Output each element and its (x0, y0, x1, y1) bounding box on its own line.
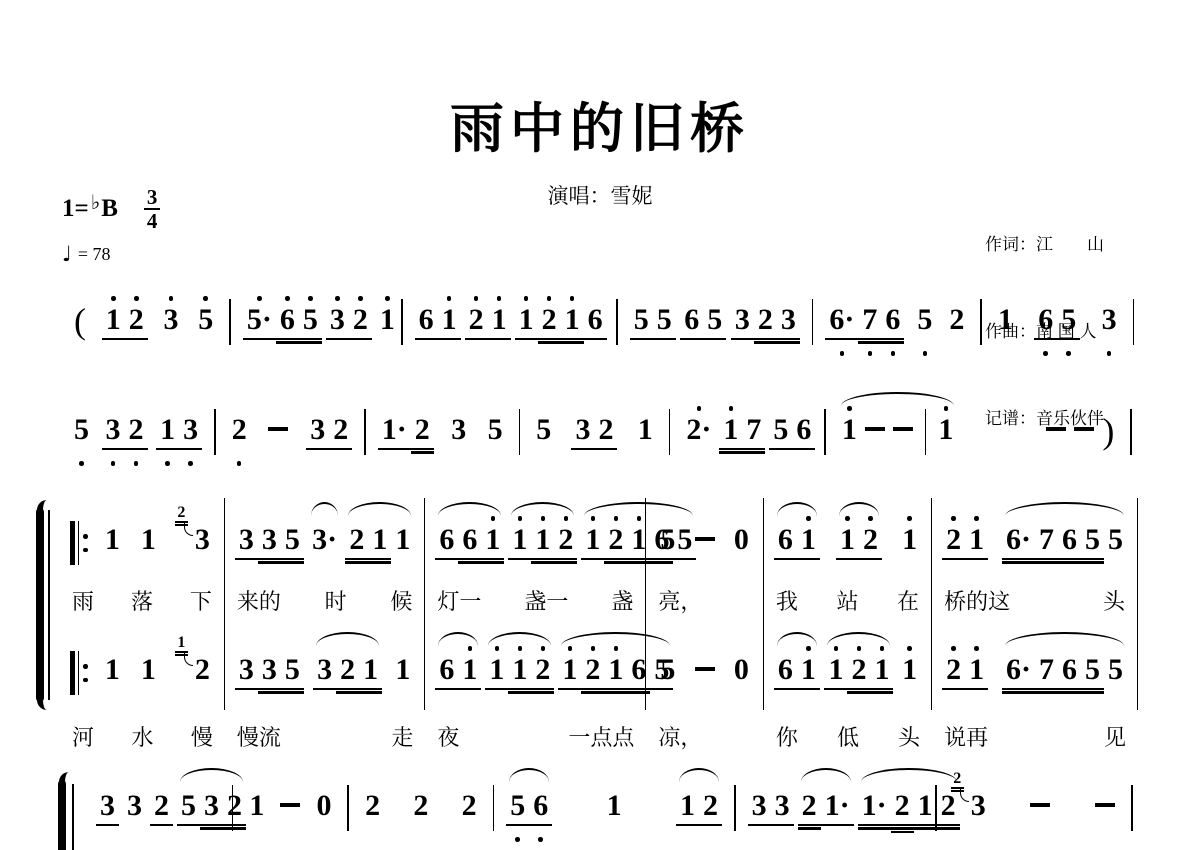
duration-underline (359, 688, 382, 690)
high-octave-dot-slot (604, 510, 627, 523)
duration-underline (676, 824, 699, 826)
high-octave-dot-slot (488, 290, 511, 303)
octave-dot-low (891, 351, 896, 356)
high-octave-dot-slot (861, 400, 889, 413)
duration-underline (435, 558, 458, 560)
octave-dot-high (568, 646, 573, 651)
note-token: 1 (485, 640, 508, 710)
note-token: 5 (703, 290, 726, 360)
note-group: 65 (680, 290, 726, 360)
duration-underline (797, 558, 820, 560)
note-number: 3 (102, 413, 125, 446)
underline-slot (581, 556, 604, 570)
note-number: 3 (258, 653, 281, 686)
note-number: 6 (458, 523, 481, 556)
high-octave-dot-slot (1034, 290, 1057, 303)
high-octave-dot-slot (281, 640, 304, 653)
lyric-syllable: 盏一 (524, 585, 568, 616)
note-group: 5 (484, 400, 507, 470)
underline-slot (847, 686, 870, 700)
low-octave-dot-slot (529, 836, 552, 846)
voice1-measure: 1132 (60, 498, 225, 580)
underline-slot (604, 686, 627, 700)
measure: 3321·1·212 (736, 776, 936, 846)
high-octave-dot-slot (1058, 640, 1081, 653)
high-octave-dot-slot (594, 400, 617, 413)
note-number: 1 (838, 413, 861, 446)
duration-underline (554, 561, 577, 563)
note-group: 32 (571, 400, 617, 470)
note-number: 1 (458, 653, 481, 686)
low-octave-dot-slot (630, 350, 653, 360)
duration-underline (1081, 688, 1104, 690)
underline-slot (1098, 446, 1118, 460)
note-number: 3 (571, 413, 594, 446)
intro-notation-line-1: (12355·653216121121655653236·76521653 (58, 290, 1142, 360)
grace-number: 2 (175, 505, 188, 520)
repeat-dot (83, 664, 88, 669)
note-number: 3 (96, 789, 119, 822)
note-number: 1 (101, 653, 124, 686)
note-token: 1 (581, 510, 604, 580)
measure: 50 (648, 510, 761, 580)
low-octave-dot-slot (730, 570, 753, 580)
high-octave-dot-slot (630, 290, 653, 303)
measure: 61211216 (403, 290, 617, 360)
underline-slot (682, 446, 715, 460)
underline-slot (194, 336, 217, 350)
lyric-syllable: 亮， (658, 585, 702, 616)
high-octave-dot-slot (676, 776, 699, 789)
note-token: 5 (1081, 640, 1104, 710)
voice2-measure: 216·7655 (932, 618, 1138, 710)
high-octave-dot-slot (1026, 776, 1054, 789)
duration-underline (378, 448, 411, 450)
note-group: 1 (137, 640, 160, 710)
note-number: 2 (409, 789, 432, 822)
note-number: 2 (336, 653, 359, 686)
slur-group: 61 (774, 640, 820, 710)
lyric-syllable: 灯一 (437, 585, 481, 616)
underline-slot (508, 556, 531, 570)
duration-underline (571, 448, 594, 450)
lyric-syllable: 时 (325, 585, 347, 616)
note-number: 2 (699, 789, 722, 822)
low-octave-dot-slot (532, 460, 555, 470)
duration-underline (1058, 558, 1081, 560)
underline-slot (898, 686, 921, 700)
note-group: 0 (730, 510, 753, 580)
high-octave-dot-slot (748, 776, 771, 789)
underline-slot (656, 686, 679, 700)
low-octave-dot-slot (125, 460, 148, 470)
note-number: 5 (1081, 523, 1104, 556)
lyrics2-measure: 夜一点点 (425, 710, 646, 754)
note-group: 3 (96, 776, 119, 846)
underline-slot (438, 336, 461, 350)
high-octave-dot-slot (137, 640, 160, 653)
duration-underline (531, 561, 554, 563)
underline-slot (276, 822, 304, 836)
high-octave-dot-slot (584, 290, 607, 303)
note-number: 6 (792, 413, 815, 446)
low-octave-dot-slot (748, 836, 771, 846)
underline-slot (329, 446, 352, 460)
underline-slot (1070, 446, 1098, 460)
underline-slot (345, 556, 368, 570)
duration-underline (825, 338, 858, 340)
duration-underline (594, 448, 617, 450)
duration-underline (719, 448, 742, 450)
note-token: 1· (821, 776, 854, 846)
note-number: 0 (730, 523, 753, 556)
low-octave-dot-slot (411, 460, 434, 470)
low-octave-dot-slot (378, 460, 411, 470)
duration-underline (336, 688, 359, 690)
octave-dot-high (951, 516, 956, 521)
note-token: 2· (682, 400, 715, 470)
lyric-syllable: 水 (131, 721, 153, 752)
low-octave-dot-slot (604, 570, 627, 580)
low-octave-dot-slot (435, 570, 458, 580)
duration-underline (411, 451, 434, 453)
note-group: 61 (415, 290, 461, 360)
lyrics1-measure: 来的时候 (225, 580, 426, 618)
high-octave-dot-slot (1035, 510, 1058, 523)
high-octave-dot-slot (349, 290, 372, 303)
underline-slot (312, 822, 335, 836)
note-token: 3 (1098, 290, 1121, 360)
lyric-syllable: 河 (72, 721, 94, 752)
low-octave-dot-slot (435, 700, 458, 710)
duration-underline (604, 691, 627, 693)
high-octave-dot-slot (435, 640, 458, 653)
note-number: 3 (306, 413, 329, 446)
octave-dot-high (570, 296, 575, 301)
low-octave-dot-slot (485, 700, 508, 710)
underline-slot (276, 336, 299, 350)
note-number: 6 (435, 653, 458, 686)
low-octave-dot-slot (276, 836, 304, 846)
duration-underline (1002, 561, 1035, 563)
low-octave-dot-slot (70, 350, 90, 360)
note-number: 1 (359, 653, 382, 686)
octave-dot-high (857, 646, 862, 651)
underline-slot (150, 822, 173, 836)
note-token: 1 (965, 510, 988, 580)
octave-dot-low (868, 351, 873, 356)
duration-underline (847, 688, 870, 690)
low-octave-dot-slot (243, 350, 276, 360)
duration-underline (777, 338, 800, 340)
octave-dot-high (907, 646, 912, 651)
measure: 50 (648, 640, 761, 710)
high-octave-dot-slot (409, 776, 432, 789)
system-start-barline (48, 510, 50, 700)
high-octave-dot-slot (508, 640, 531, 653)
high-octave-dot-slot (235, 640, 258, 653)
duration-underline (748, 824, 771, 826)
note-token: 7 (742, 400, 765, 470)
underline-slot (627, 556, 650, 570)
duration-underline (200, 827, 223, 829)
duration-underline (481, 561, 504, 563)
dash-extension (1042, 413, 1070, 446)
note-group: 1 (898, 510, 921, 580)
high-octave-dot-slot (1091, 776, 1119, 789)
note-number: 6· (1002, 523, 1035, 556)
duration-underline (847, 691, 870, 693)
note-number: 2· (682, 413, 715, 446)
lyric-syllable: 盏 (611, 585, 633, 616)
octave-dot-low (538, 837, 543, 842)
high-octave-dot-slot (914, 776, 937, 789)
low-octave-dot-slot (191, 700, 214, 710)
high-octave-dot-slot (699, 776, 722, 789)
measure: 2·1756 (670, 400, 824, 470)
voice1-measure: 61121 (764, 498, 932, 580)
high-octave-dot-slot (515, 290, 538, 303)
duration-underline (96, 824, 119, 826)
note-number: 1 (391, 523, 414, 556)
note-number: 1 (156, 413, 179, 446)
duration-underline (458, 561, 481, 563)
low-octave-dot-slot (1104, 700, 1127, 710)
low-octave-dot-slot (458, 570, 481, 580)
low-octave-dot-slot (861, 460, 889, 470)
high-octave-dot-slot (719, 400, 742, 413)
duration-underline (719, 451, 742, 453)
high-octave-dot-slot (160, 290, 183, 303)
octave-dot-high (474, 296, 479, 301)
duration-underline (870, 691, 893, 693)
key-signature-block: 1=♭B 3 4 ♩ = 78 (62, 186, 160, 266)
duration-underline (508, 558, 531, 560)
duration-underline (798, 824, 821, 826)
note-token: 5 (281, 510, 304, 580)
octave-dot-low (1066, 351, 1071, 356)
note-number: 2 (847, 653, 870, 686)
note-token: ) (1098, 400, 1118, 470)
low-octave-dot-slot (484, 460, 507, 470)
duration-underline (742, 451, 765, 453)
note-token: 5 (769, 400, 792, 470)
high-octave-dot-slot (942, 510, 965, 523)
high-octave-dot-slot (859, 510, 882, 523)
high-octave-dot-slot (276, 776, 304, 789)
high-octave-dot-slot (1104, 640, 1127, 653)
duration-underline (411, 448, 434, 450)
octave-dot-high (468, 646, 473, 651)
underline-slot (326, 336, 349, 350)
low-octave-dot-slot (391, 570, 414, 580)
low-octave-dot-slot (258, 570, 281, 580)
note-token: 2 (458, 776, 481, 846)
note-token: 3 (123, 776, 146, 846)
note-token: 6 (680, 290, 703, 360)
note-number: 2 (125, 413, 148, 446)
voice2-measure: 611211 (764, 618, 932, 710)
lyric-syllable: 凉， (658, 721, 702, 752)
note-number: 5 (506, 789, 529, 822)
high-octave-dot-slot (529, 776, 552, 789)
underline-slot (554, 556, 577, 570)
underline-slot (1081, 556, 1104, 570)
note-number: 7 (858, 303, 881, 336)
low-octave-dot-slot (1002, 570, 1035, 580)
low-octave-dot-slot (676, 836, 699, 846)
note-token: 1· (378, 400, 411, 470)
low-octave-dot-slot (228, 460, 251, 470)
note-number: 1 (634, 413, 657, 446)
note-group: 5 (656, 640, 679, 710)
measure: 216·7655 (934, 510, 1135, 580)
bottom-system-brace (58, 780, 66, 850)
duration-underline (942, 558, 965, 560)
high-octave-dot-slot (742, 400, 765, 413)
note-token: 0 (312, 776, 335, 846)
note-token: 5 (913, 290, 936, 360)
note-group: 323 (731, 290, 800, 360)
underline-slot (798, 822, 821, 836)
duration-underline (1057, 338, 1080, 340)
slur-group: 661 (435, 510, 504, 580)
low-octave-dot-slot (359, 700, 382, 710)
grace-number: 1 (175, 635, 188, 650)
note-number: 1 (898, 523, 921, 556)
octave-dot-high (524, 296, 529, 301)
note-group: 2 (150, 776, 173, 846)
note-token: 2 (125, 290, 148, 360)
low-octave-dot-slot (299, 350, 322, 360)
underline-slot (125, 336, 148, 350)
note-number: 5 (1104, 653, 1127, 686)
lyric-syllable: 我 (776, 585, 798, 616)
high-octave-dot-slot (821, 776, 854, 789)
underline-slot (942, 686, 965, 700)
note-number: 3 (258, 523, 281, 556)
underline-slot (1035, 686, 1058, 700)
note-group: 1 (245, 776, 268, 846)
octave-dot-high (951, 646, 956, 651)
measure: 611211 (766, 640, 929, 710)
octave-dot-low (1107, 351, 1112, 356)
high-octave-dot-slot (102, 400, 125, 413)
note-group (70, 640, 88, 710)
underline-slot (243, 336, 276, 350)
low-octave-dot-slot (942, 700, 965, 710)
low-octave-dot-slot (731, 350, 754, 360)
note-token: 3 (102, 400, 125, 470)
measure: 6·7652 (813, 290, 980, 360)
octave-dot-high (358, 296, 363, 301)
parenthesis: ( (70, 303, 90, 336)
low-octave-dot-slot (1081, 700, 1104, 710)
note-number: 2 (945, 303, 968, 336)
high-octave-dot-slot (245, 776, 268, 789)
duration-underline (345, 558, 368, 560)
high-octave-dot-slot (102, 290, 125, 303)
key-tonic: B (101, 195, 118, 223)
duration-underline (276, 338, 299, 340)
note-token (1091, 776, 1119, 846)
duration-underline (965, 558, 988, 560)
note-token: 2 (228, 400, 251, 470)
note-group: 12 (102, 290, 148, 360)
note-token: 1 (359, 640, 382, 710)
note-token: 2 (329, 400, 352, 470)
note-token: 1 (515, 290, 538, 360)
underline-slot (1098, 336, 1121, 350)
note-number: 2 (942, 653, 965, 686)
duration-underline (458, 558, 481, 560)
repeat-start-sign (70, 651, 88, 695)
underline-slot (245, 822, 268, 836)
tempo-value: = 78 (78, 244, 111, 265)
underline-slot (558, 686, 581, 700)
high-octave-dot-slot (1042, 400, 1070, 413)
octave-dot-high (111, 296, 116, 301)
note-token: 2 (942, 640, 965, 710)
note-group: 2· (682, 400, 715, 470)
high-octave-dot-slot (177, 776, 200, 789)
low-octave-dot-slot (137, 700, 160, 710)
note-number: 1 (102, 303, 125, 336)
underline-slot (898, 556, 921, 570)
low-octave-dot-slot (965, 570, 988, 580)
note-group: 1 (994, 290, 1017, 360)
underline-slot (703, 336, 726, 350)
low-octave-dot-slot (581, 700, 604, 710)
underline-slot (281, 556, 304, 570)
underline-slot (630, 336, 653, 350)
note-number: 1 (531, 523, 554, 556)
low-octave-dot-slot (889, 460, 917, 470)
note-token (889, 400, 917, 470)
note-token: 7 (1035, 640, 1058, 710)
high-octave-dot-slot (858, 776, 891, 789)
note-token: 2 (223, 776, 246, 846)
underline-slot (191, 556, 214, 570)
underline-slot (125, 446, 148, 460)
underline-slot (1104, 556, 1127, 570)
note-number: 1 (797, 523, 820, 556)
note-number: 2 (349, 303, 372, 336)
low-octave-dot-slot (458, 836, 481, 846)
duration-underline (699, 824, 722, 826)
note-token: 1 (508, 510, 531, 580)
voice2-measure: 50 (646, 618, 764, 710)
duration-underline (797, 688, 820, 690)
note-number: 3 (313, 653, 336, 686)
note-token: 2 (345, 510, 368, 580)
note-token: 1 (458, 640, 481, 710)
underline-slot (391, 556, 414, 570)
note-number: 1 (245, 789, 268, 822)
note-token: 1 (914, 776, 937, 846)
duration-underline (488, 338, 511, 340)
high-octave-dot-slot (150, 776, 173, 789)
repeat-thin-bar (78, 521, 80, 565)
note-number: 6· (825, 303, 858, 336)
note-group: 21 (942, 640, 988, 710)
duration-underline (508, 688, 531, 690)
high-octave-dot-slot (223, 776, 246, 789)
measure: 1132 (62, 510, 222, 580)
underline-slot (680, 336, 703, 350)
note-number: 1 (581, 523, 604, 556)
lyric-syllable: 下 (190, 585, 212, 616)
